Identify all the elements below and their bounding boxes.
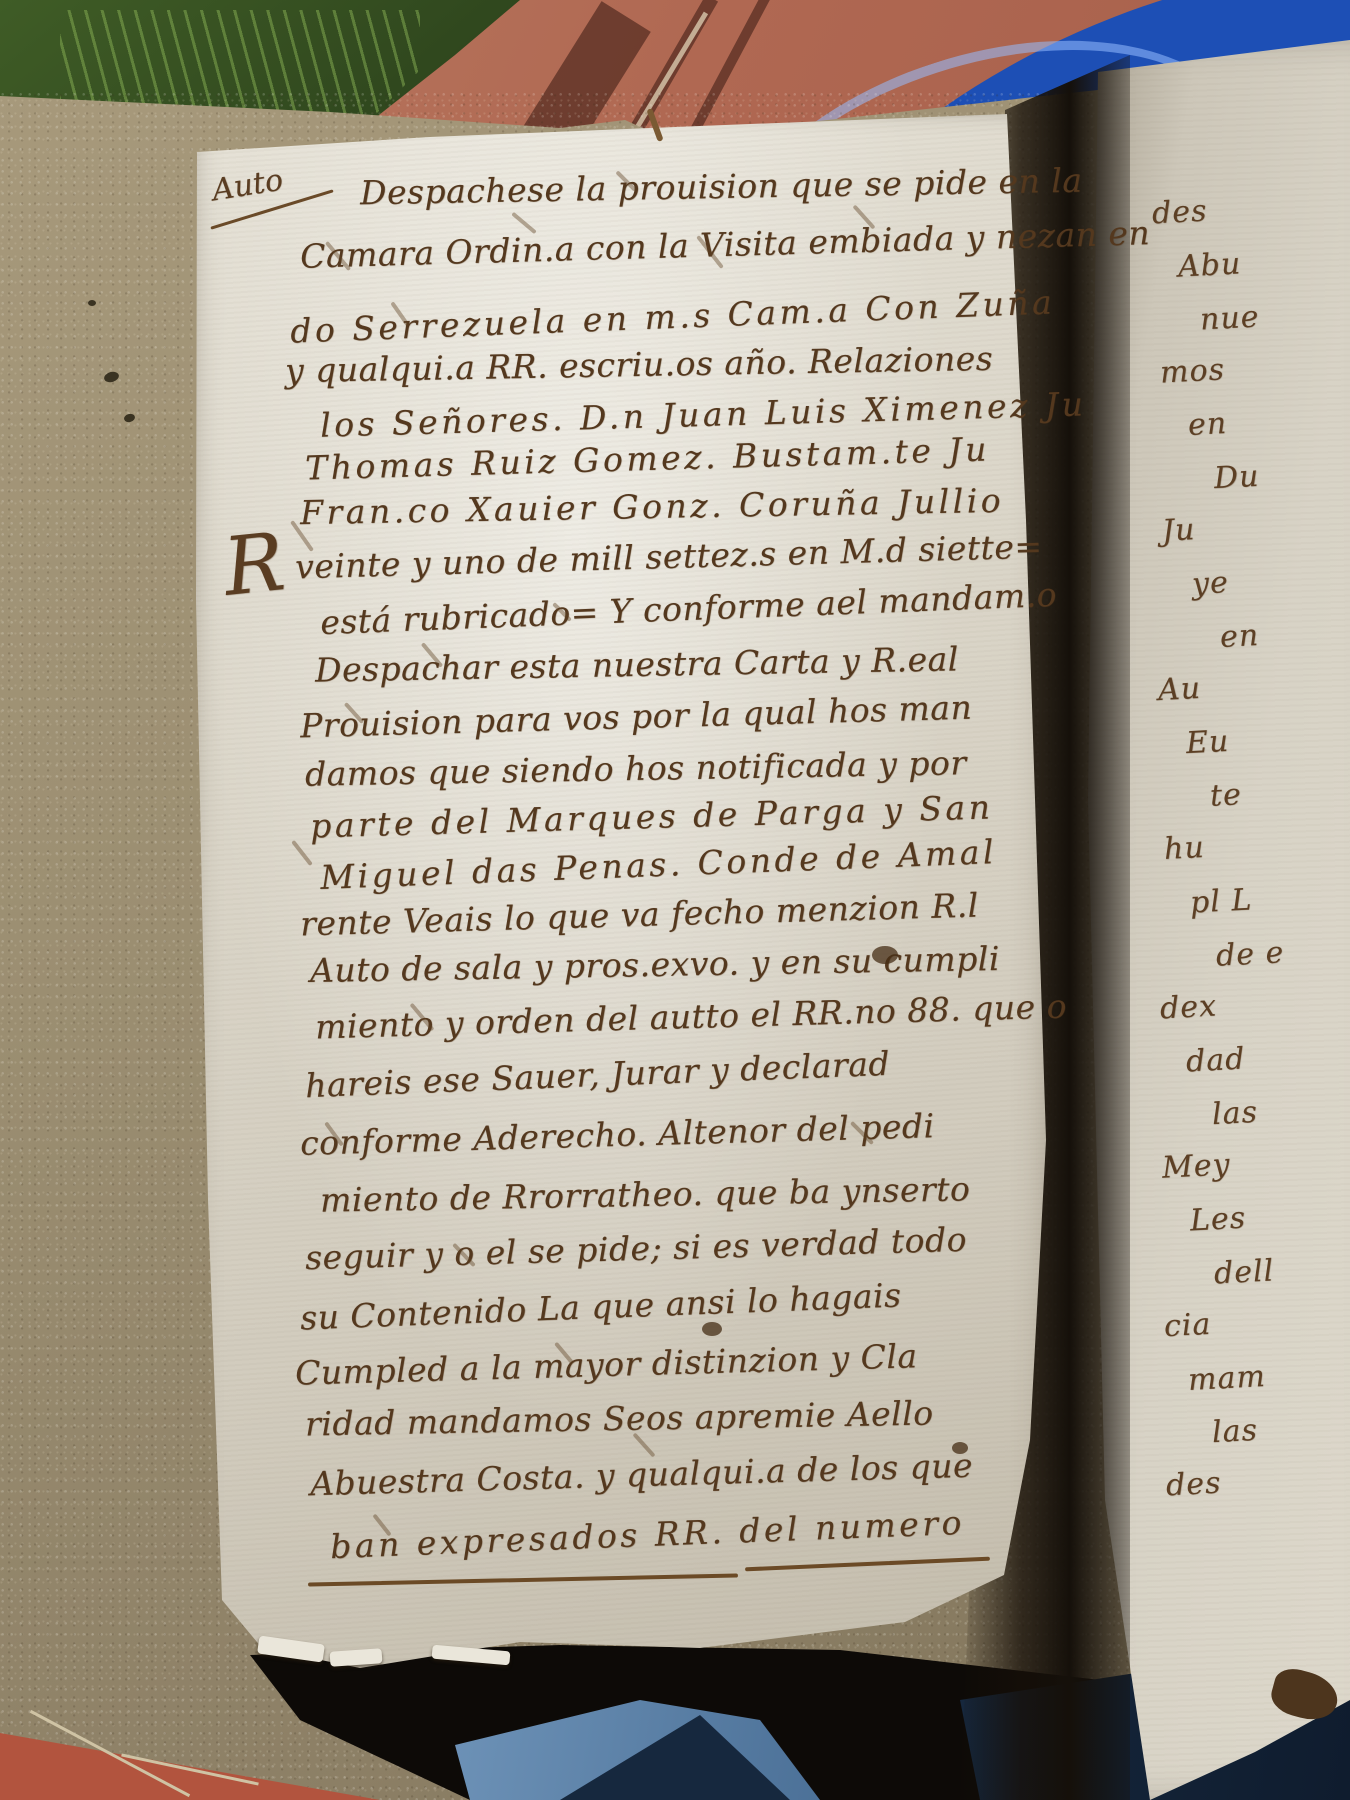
right-page-fragment: des xyxy=(1151,194,1208,232)
right-page-fragment: te xyxy=(1209,777,1243,814)
right-page-fragment: dad xyxy=(1185,1041,1246,1079)
margin-initial-r: R xyxy=(219,515,289,614)
right-page-fragment: de e xyxy=(1215,935,1285,974)
chipboard-hole xyxy=(88,300,96,306)
right-page-fragment: mam xyxy=(1187,1359,1267,1398)
right-page-fragment: hu xyxy=(1163,830,1205,867)
ink-blot xyxy=(952,1442,968,1454)
photo-of-manuscript: des Abu nue mos en Du Ju ye en Au Eu te … xyxy=(0,0,1350,1800)
right-page-fragment: Eu xyxy=(1185,724,1230,761)
ink-blot xyxy=(872,946,898,964)
manuscript-line: miento de Rrorratheo. que ba ynserto xyxy=(320,1172,971,1216)
right-page-fragment: Ju xyxy=(1161,512,1196,549)
right-page-fragment: mos xyxy=(1159,352,1226,390)
right-page-fragment: dell xyxy=(1213,1253,1275,1291)
ink-blot xyxy=(702,1322,722,1336)
right-page-fragment: cia xyxy=(1163,1307,1212,1344)
right-page-fragment: las xyxy=(1211,1095,1259,1132)
right-page-fragment: en xyxy=(1219,618,1260,655)
right-page-fragment: Les xyxy=(1189,1201,1247,1239)
right-page-fragment: pl L xyxy=(1189,882,1253,920)
manuscript-line: ridad mandamos Seos apremie Aello xyxy=(305,1397,934,1441)
right-page-fragment: las xyxy=(1211,1413,1259,1450)
right-page-fragment: Mey xyxy=(1161,1147,1231,1186)
manuscript-line: Despachar esta nuestra Carta y R.eal xyxy=(315,642,959,686)
right-page-fragment: en xyxy=(1187,406,1228,443)
right-page-fragment: ye xyxy=(1191,565,1229,602)
right-page-fragment: nue xyxy=(1199,299,1260,337)
right-page-fragment: des xyxy=(1165,1466,1222,1504)
right-page-fragment: Au xyxy=(1157,671,1202,708)
right-page-fragment: Abu xyxy=(1177,246,1242,284)
right-page-fragment: Du xyxy=(1213,459,1260,496)
right-page-fragment: dex xyxy=(1159,989,1218,1027)
